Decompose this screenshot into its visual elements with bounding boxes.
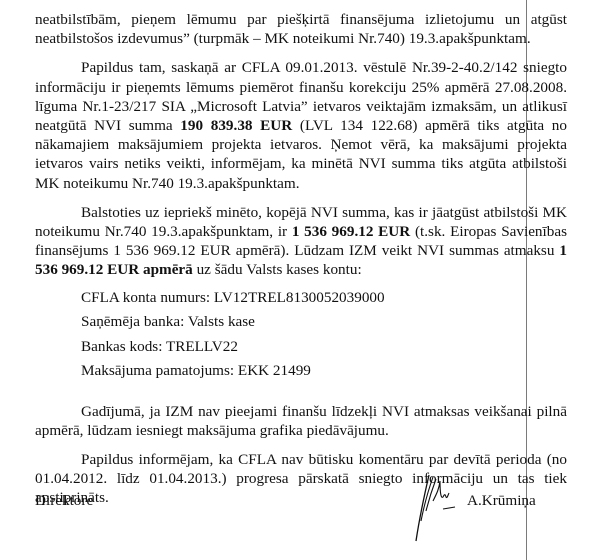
bank-details: CFLA konta numurs: LV12TREL8130052039000…: [81, 286, 567, 384]
letter-body: neatbilstībām, pieņem lēmumu par piešķir…: [35, 10, 567, 508]
bank-detail-reference: Maksājuma pamatojums: EKK 21499: [81, 359, 567, 384]
paragraph-total-amount: Balstoties uz iepriekš minēto, kopējā NV…: [35, 203, 567, 280]
signer-role: Direktore: [35, 491, 93, 510]
amount-total: 1 536 969.12 EUR: [292, 223, 410, 240]
handwritten-signature-icon: [413, 471, 457, 545]
amount-remaining: 190 839.38 EUR: [180, 117, 292, 134]
signer-name: A.Krūmiņa: [467, 491, 536, 510]
paragraph-intro-continuation: neatbilstībām, pieņem lēmumu par piešķir…: [35, 10, 567, 48]
signature-block: Direktore A.Krūmiņa: [35, 477, 567, 557]
bank-detail-code: Bankas kods: TRELLV22: [81, 335, 567, 360]
paragraph-financial-correction: Papildus tam, saskaņā ar CFLA 09.01.2013…: [35, 58, 567, 192]
bank-detail-account: CFLA konta numurs: LV12TREL8130052039000: [81, 286, 567, 311]
bank-detail-bank: Saņēmēja banka: Valsts kase: [81, 310, 567, 335]
paragraph-payment-schedule: Gadījumā, ja IZM nav pieejami finanšu lī…: [35, 402, 567, 440]
text-segment: uz šādu Valsts kases kontu:: [193, 261, 362, 278]
